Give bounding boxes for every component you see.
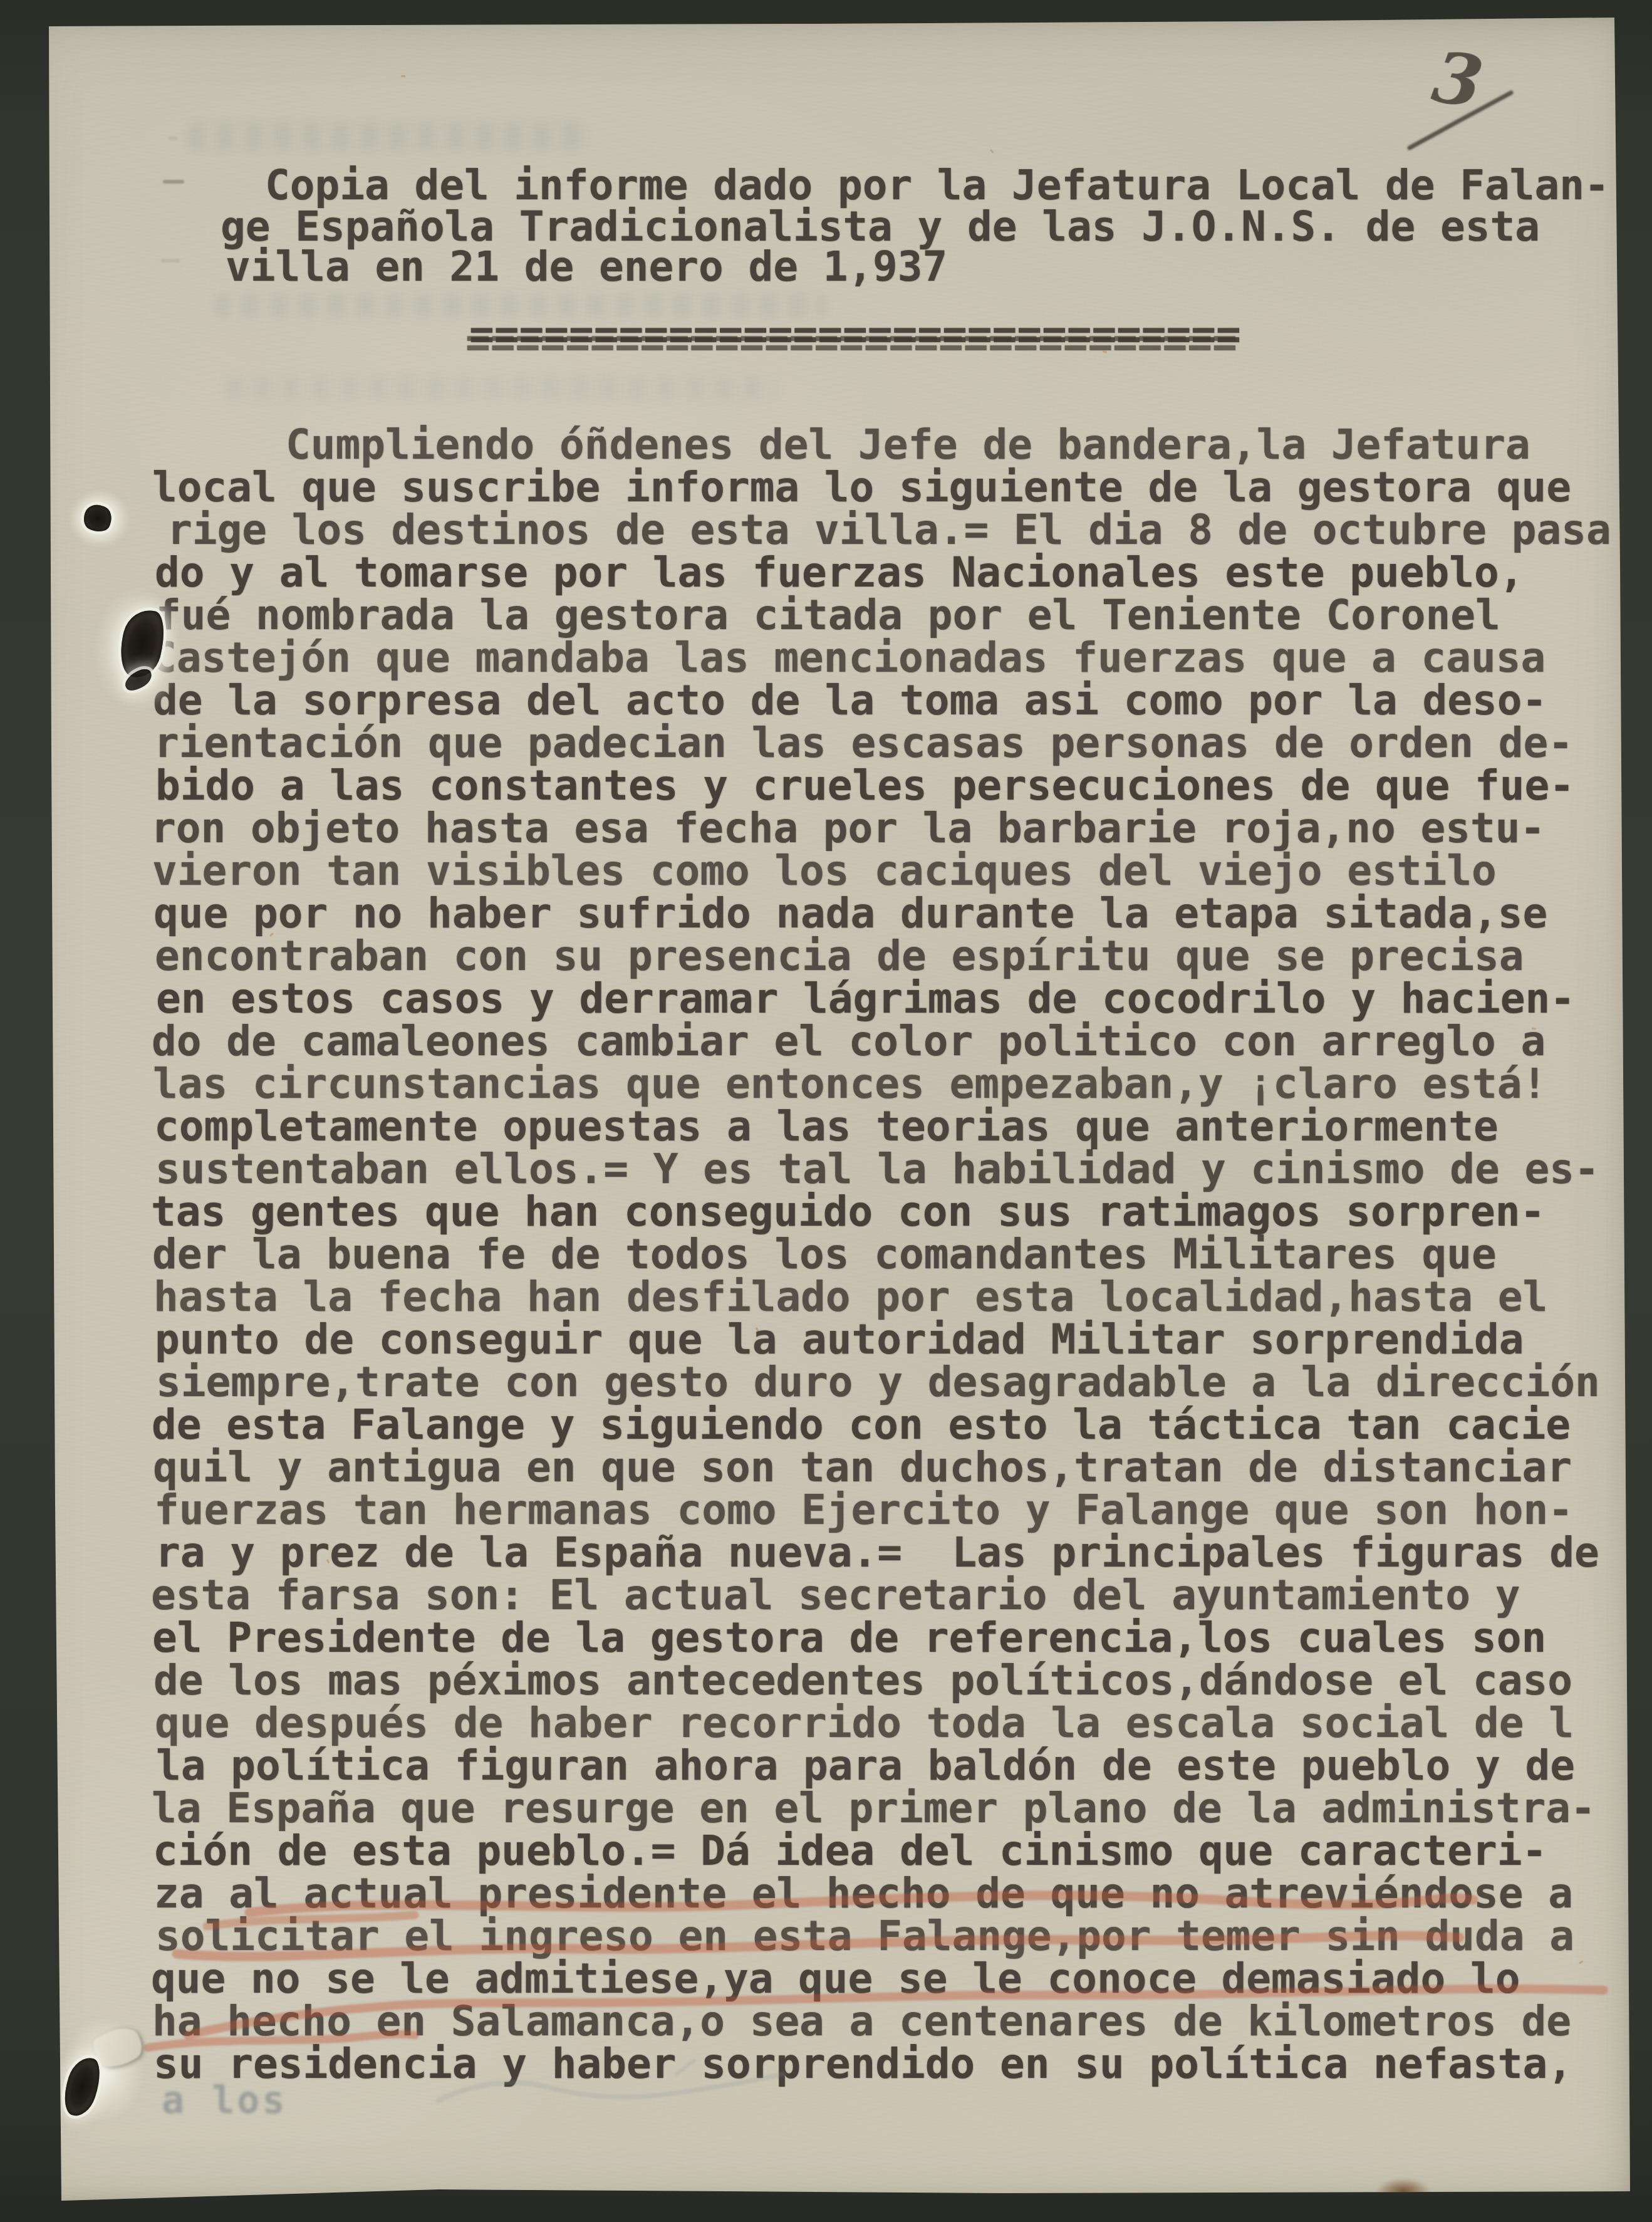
typed-line: de la sorpresa del acto de la toma asi c… (153, 679, 1547, 722)
typed-line: Castejón que mandaba las mencionadas fue… (152, 637, 1546, 679)
fiber-fleck (1430, 437, 1431, 442)
document-page: 3 Copia del informe dado por la Jefatura… (0, 0, 1652, 2222)
typed-line: do y al tomarse por las fuerzas Nacional… (155, 551, 1524, 594)
bleedthrough-smudge (226, 376, 777, 400)
header-line-2: ge Española Tradicionalista y de las J.O… (221, 206, 1540, 248)
margin-dash-mark (160, 259, 180, 263)
typed-line: der la buena fe de todos los comandantes… (152, 1233, 1497, 1276)
typed-line: que después de haber recorrido toda la e… (155, 1702, 1574, 1745)
typed-line: ha hecho en Salamanca,o sea a centenares… (152, 2000, 1571, 2043)
typed-line: fué nombrada la gestora citada por el Te… (156, 594, 1500, 637)
typed-line: ción de esta pueblo.= Dá idea del cinism… (153, 1830, 1547, 1872)
typed-line: hasta la fecha han desfilado por esta lo… (153, 1276, 1547, 1318)
typed-line: las circunstancias que entonces empezaba… (153, 1063, 1547, 1105)
typed-line: vieron tan visibles como los caciques de… (152, 850, 1497, 892)
typed-line: za al actual presidente el hecho de que … (154, 1872, 1573, 1915)
typed-line: de los mas péximos antecedentes político… (153, 1659, 1572, 1702)
typed-line: sustentaban ellos.= Y es tal la habilida… (155, 1148, 1599, 1191)
typed-separator-rule-overstrike: =============================== (465, 321, 1237, 364)
typed-line: esta farsa son: El actual secretario del… (151, 1574, 1520, 1617)
typed-line: la España que resurge en el primer plano… (152, 1787, 1596, 1830)
typed-line: que no se le admitiese,ya que se le cono… (151, 1958, 1520, 2000)
typed-line: Cumpliendo óñdenes del Jefe de bandera,l… (286, 424, 1530, 466)
typed-line: punto de conseguir que la autoridad Mili… (155, 1318, 1524, 1361)
typed-line: bido a las constantes y crueles persecuc… (155, 764, 1574, 807)
fiber-fleck (401, 75, 405, 77)
typed-line: la política figuran ahora para baldón de… (156, 1745, 1575, 1787)
typed-line: ra y prez de la España nueva.= Las princ… (155, 1531, 1599, 1574)
typed-line: fuerzas tan hermanas como Ejercito y Fal… (154, 1489, 1573, 1531)
typed-line: el Presidente de la gestora de referenci… (152, 1617, 1546, 1659)
typed-line: do de camaleones cambiar el color politi… (152, 1020, 1546, 1063)
header-line-3: villa en 21 de enero de 1,937 (226, 246, 947, 288)
typed-line: rientación que padecian las escasas pers… (154, 722, 1573, 764)
margin-dash-mark (163, 180, 184, 184)
typed-line: quil y antigua en que son tan duchos,tra… (153, 1446, 1572, 1489)
typed-line: encontraban con su presencia de espíritu… (155, 935, 1524, 978)
typed-line: rige los destinos de esta villa.= El dia… (167, 509, 1611, 551)
page-number-handwritten: 3 (1428, 42, 1487, 119)
margin-dash-mark (168, 137, 178, 140)
typed-line: su residencia y haber sorprendido en su … (153, 2043, 1572, 2085)
bleedthrough-smudge (188, 123, 589, 150)
fiber-fleck (990, 149, 994, 154)
brown-stain (1376, 2178, 1431, 2204)
typed-line: completamente opuestas a las teorias que… (154, 1105, 1499, 1148)
typed-line: de esta Falange y siguiendo con esto la … (152, 1404, 1571, 1446)
typed-line: tas gentes que han conseguido con sus ra… (151, 1191, 1545, 1233)
header-line-1: Copia del informe dado por la Jefatura L… (265, 164, 1609, 207)
typed-line: siempre,trate con gesto duro y desagrada… (156, 1361, 1600, 1404)
typed-line: local que suscribe informa lo siguiente … (152, 466, 1571, 509)
typed-line: ron objeto hasta esa fecha por la barbar… (151, 807, 1545, 850)
scanned-document-background: 3 Copia del informe dado por la Jefatura… (0, 0, 1652, 2222)
typed-line: solicitar el ingreso en esta Falange,por… (155, 1915, 1574, 1958)
bleedthrough-text: a los (162, 2082, 288, 2119)
typed-line: en estos casos y derramar lágrimas de co… (156, 978, 1575, 1020)
typed-line: que por no haber sufrido nada durante la… (153, 892, 1547, 935)
fiber-fleck (1579, 1960, 1584, 1964)
